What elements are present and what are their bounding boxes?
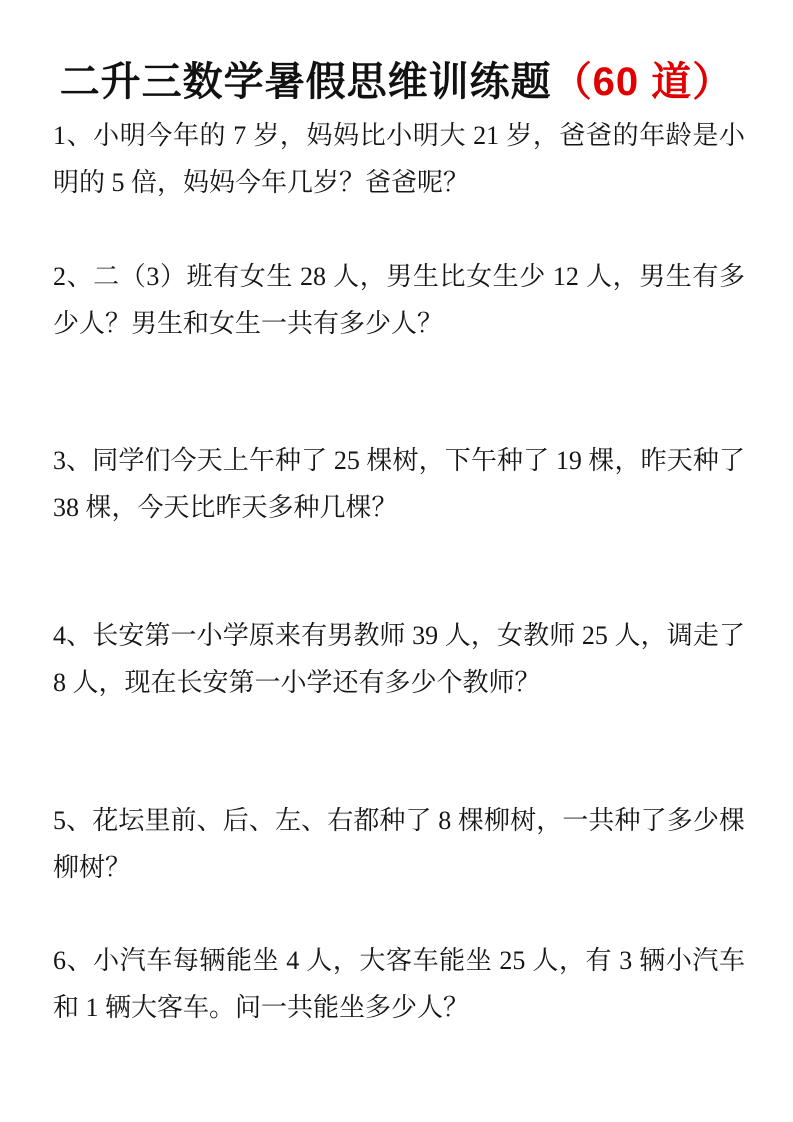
question-2: 2、二（3）班有女生 28 人，男生比女生少 12 人，男生有多少人？男生和女生…	[53, 253, 745, 347]
worksheet-page: 二升三数学暑假思维训练题（60 道） 1、小明今年的 7 岁，妈妈比小明大 21…	[0, 0, 793, 1122]
page-title-main: 二升三数学暑假思维训练题	[60, 60, 552, 104]
question-4: 4、长安第一小学原来有男教师 39 人，女教师 25 人，调走了 8 人，现在长…	[53, 612, 745, 706]
page-title-question-count: （60 道）	[552, 60, 734, 104]
question-1: 1、小明今年的 7 岁，妈妈比小明大 21 岁，爸爸的年龄是小明的 5 倍，妈妈…	[53, 112, 745, 206]
question-3: 3、同学们今天上午种了 25 棵树，下午种了 19 棵，昨天种了 38 棵，今天…	[53, 437, 745, 531]
question-6: 6、小汽车每辆能坐 4 人，大客车能坐 25 人，有 3 辆小汽车和 1 辆大客…	[53, 937, 745, 1031]
question-5: 5、花坛里前、后、左、右都种了 8 棵柳树，一共种了多少棵柳树？	[53, 797, 745, 891]
page-title: 二升三数学暑假思维训练题（60 道）	[0, 50, 793, 107]
